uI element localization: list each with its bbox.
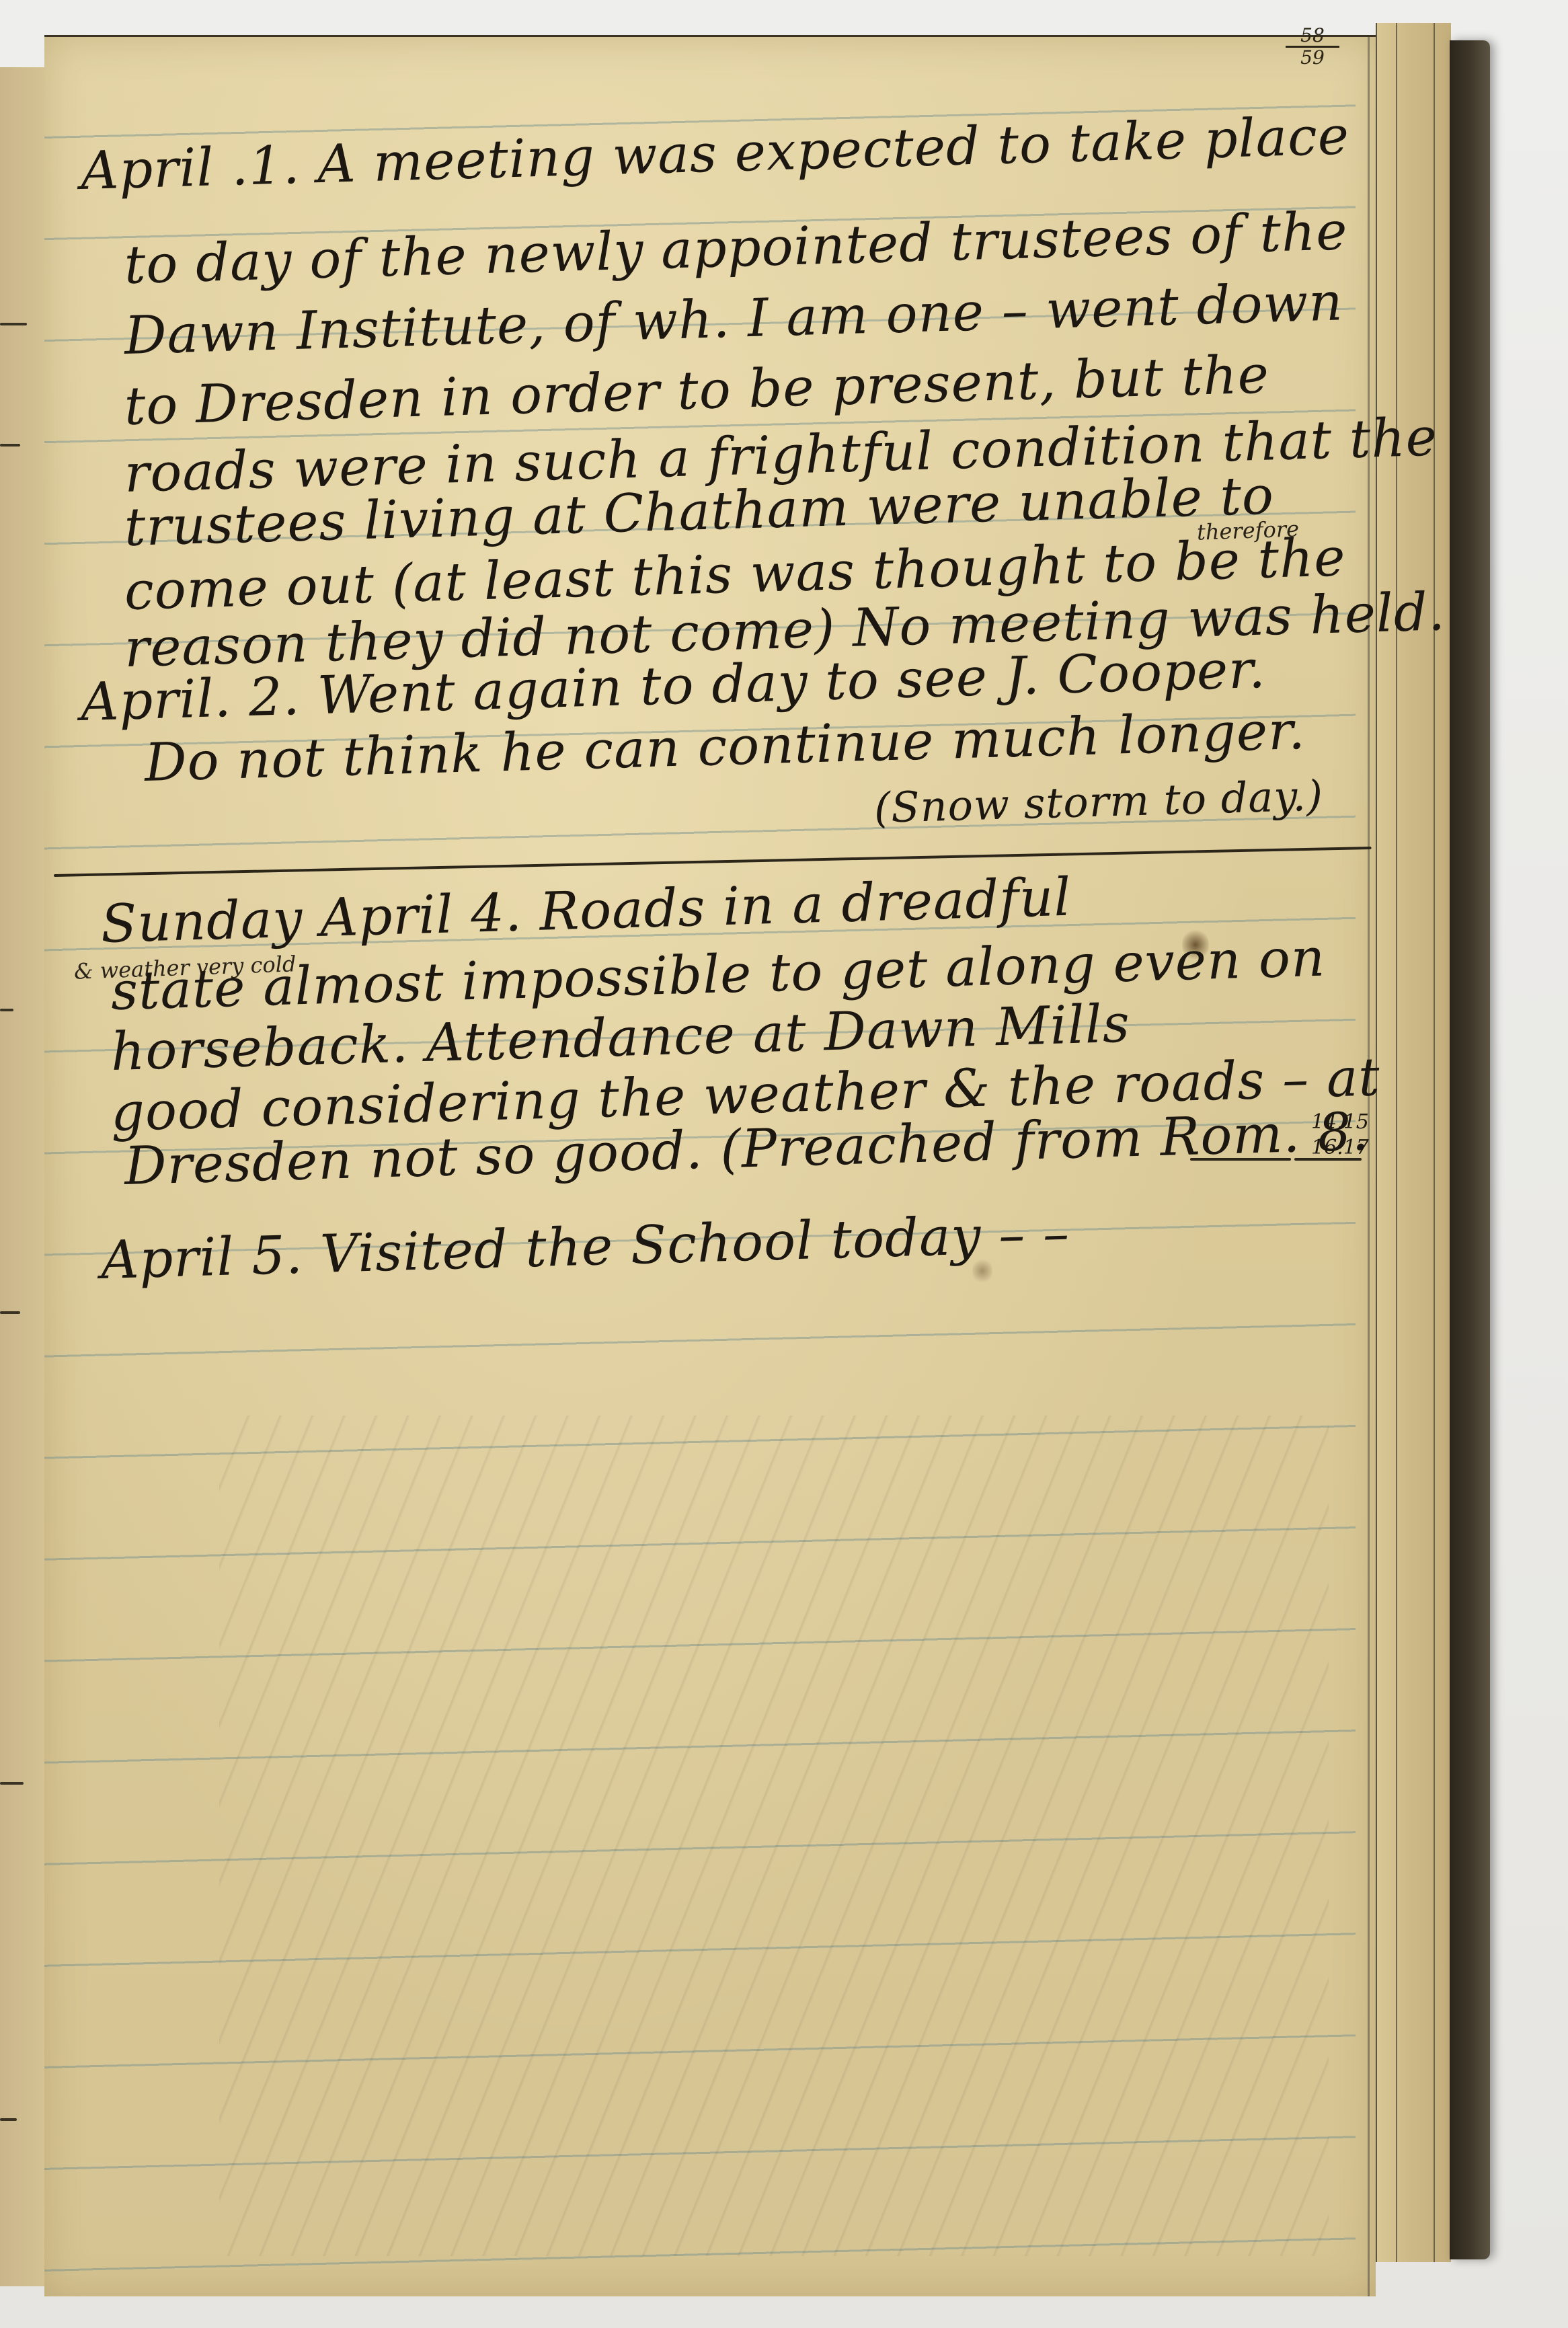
page-number-bottom: 59 [1300,46,1325,69]
scripture-verses: 14.15 16.17 [1311,1110,1369,1161]
ink-fragment [0,2118,17,2121]
book-binding [1450,40,1490,2259]
right-margin-rule [1368,37,1370,2296]
page-number-top: 58 [1286,26,1339,48]
interlineation-therefore: therefore [1196,516,1299,545]
left-page-edge [0,67,47,2286]
page-edge-line [1396,23,1397,2262]
reference-underline [1294,1158,1362,1161]
ink-bleed-through [219,1415,1329,2256]
verses-top: 14.15 [1311,1110,1369,1135]
ink-fragment [0,444,20,447]
ink-fragment [0,323,27,325]
ink-fragment [0,1009,13,1011]
stacked-page-edges [1376,23,1451,2262]
ink-fragment [0,1311,20,1314]
reference-underline [1190,1158,1291,1161]
verses-bottom: 16.17 [1311,1135,1369,1161]
page-edge-line [1434,23,1435,2262]
page-number: 58 59 [1286,26,1339,68]
ink-fragment [0,1782,24,1785]
